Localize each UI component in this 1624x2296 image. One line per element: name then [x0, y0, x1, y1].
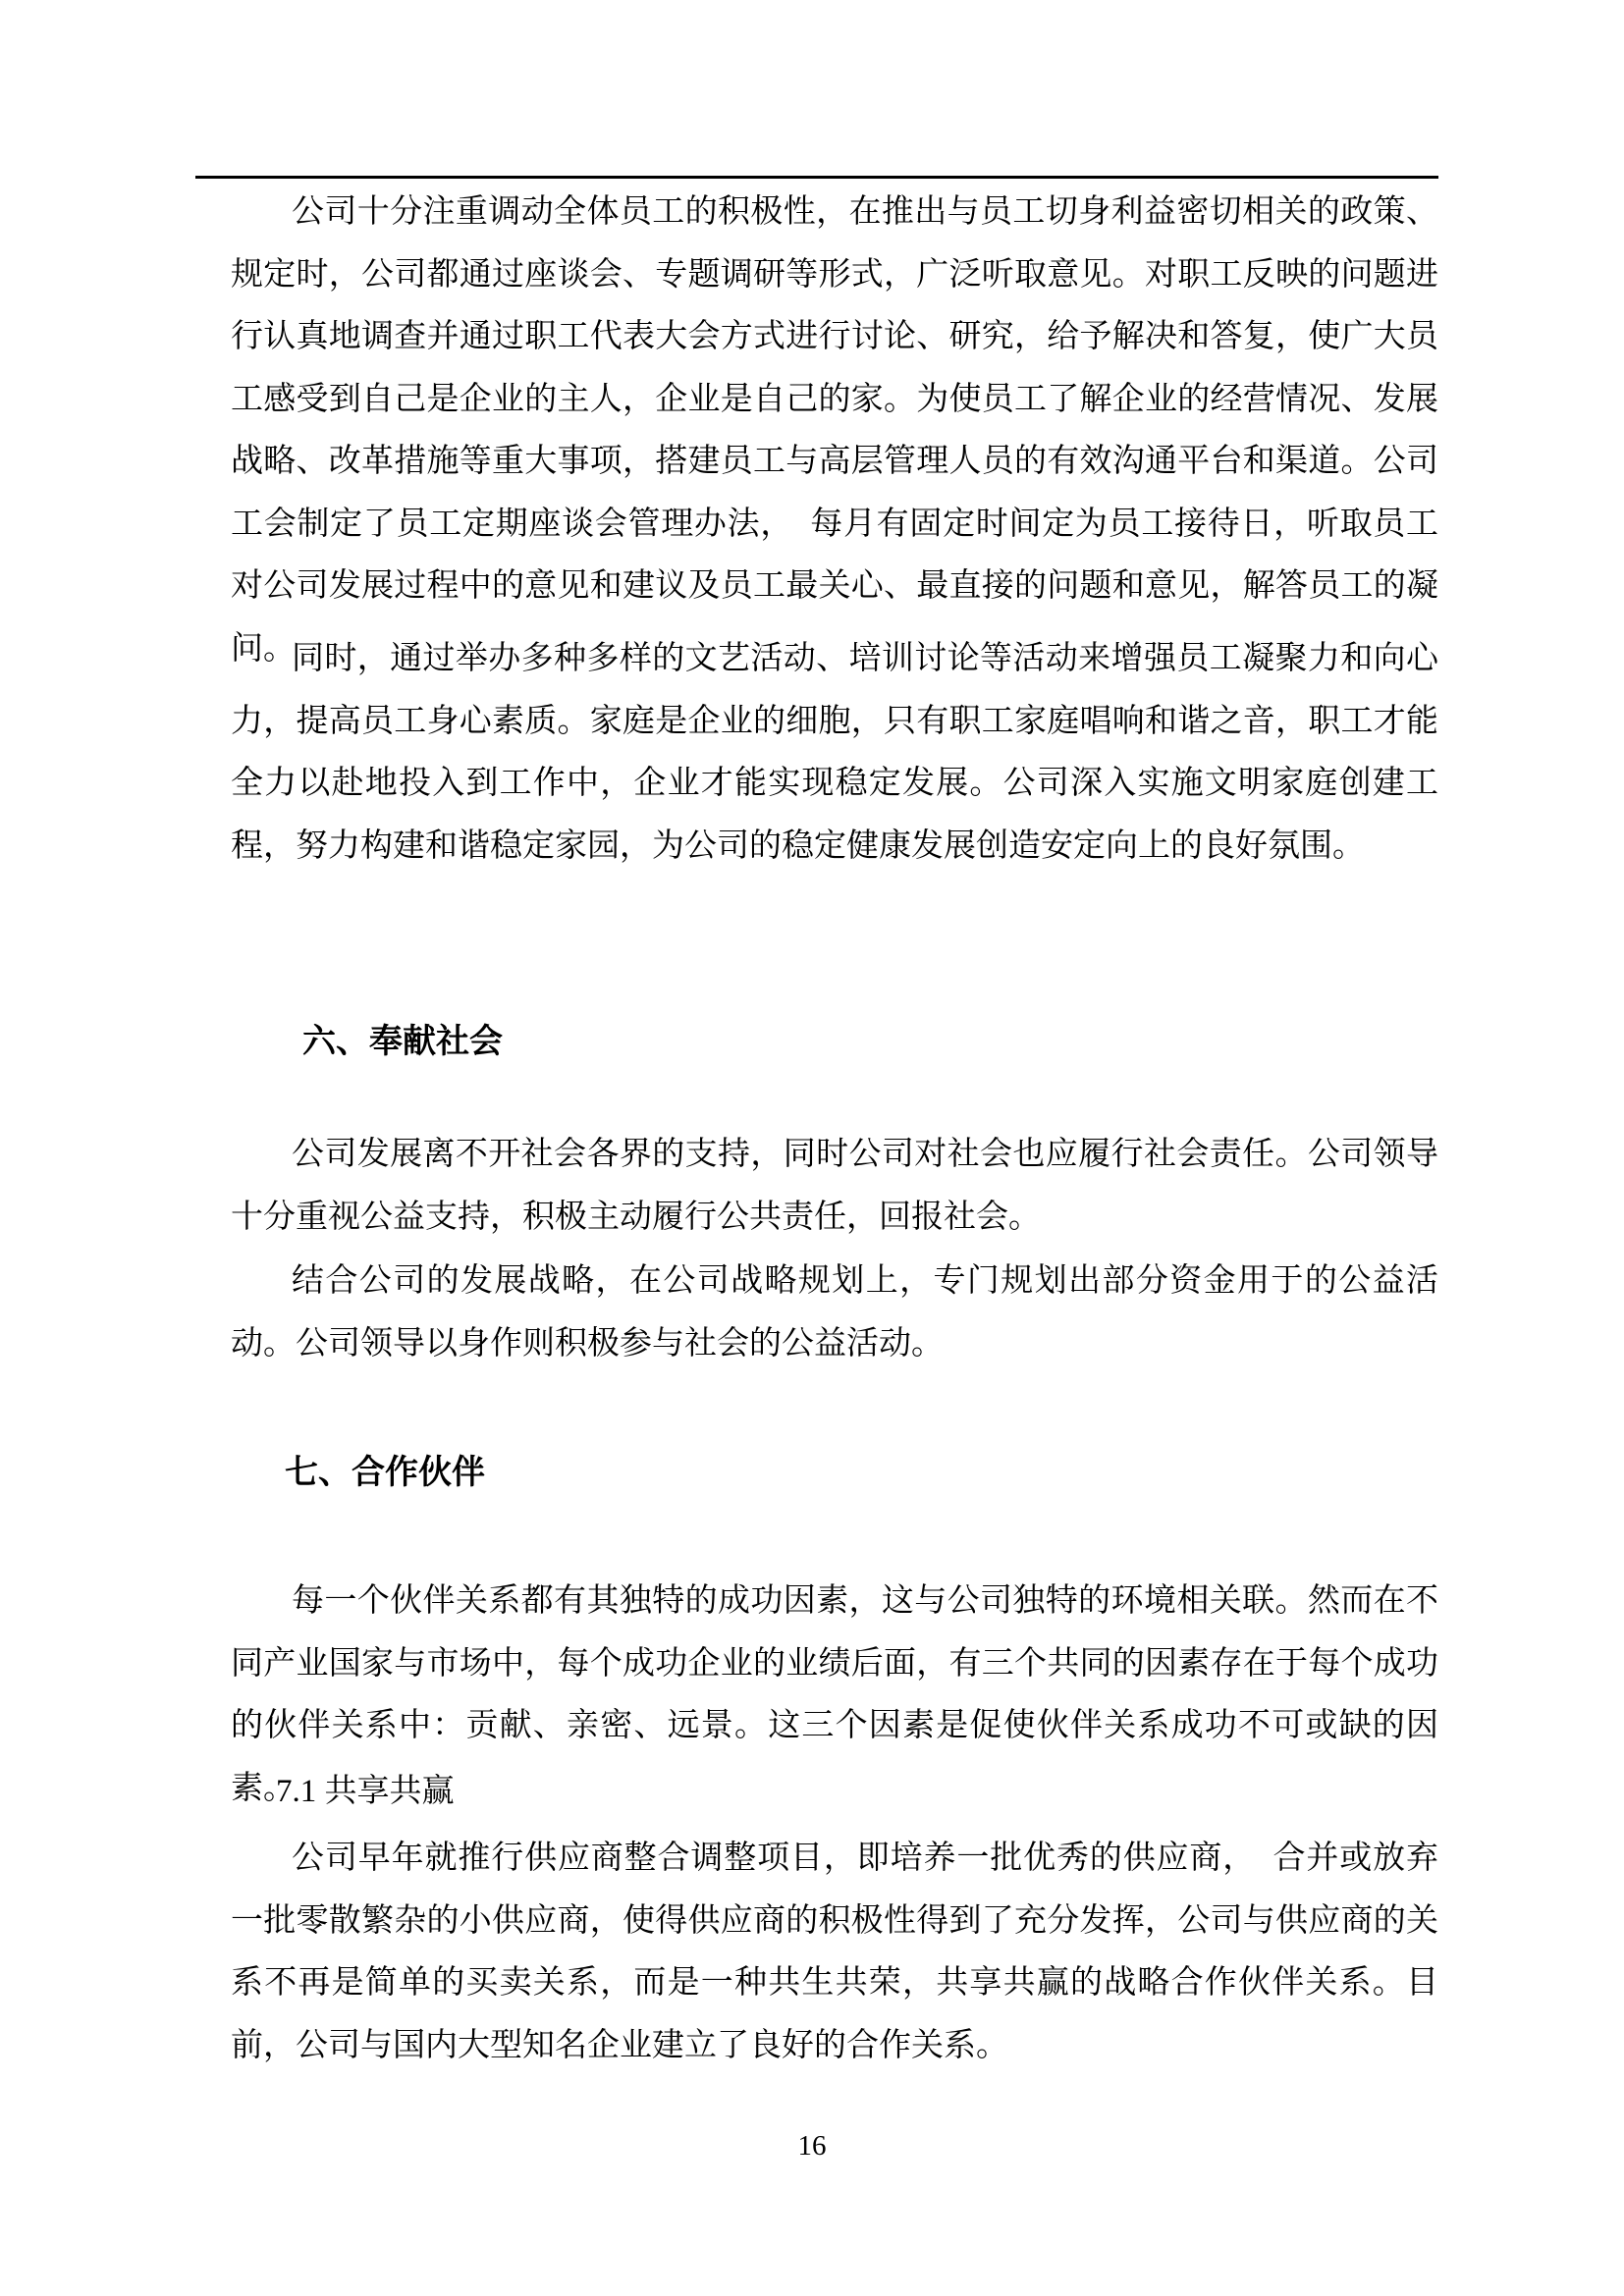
heading-section-7-partners: 七、合作伙伴 — [285, 1451, 485, 1494]
paragraph-employee-engagement: 公司十分注重调动全体员工的积极性，在推出与员工切身利益密切相关的政策、规定时，公… — [231, 182, 1438, 680]
paragraph-society-charity: 结合公司的发展战略，在公司战略规划上，专门规划出部分资金用于的公益活动。公司领导… — [231, 1251, 1438, 1375]
paragraph-suppliers-partnership: 公司早年就推行供应商整合调整项目，即培养一批优秀的供应商， 合并或放弃一批零散繁… — [231, 1828, 1438, 2077]
page-number: 16 — [0, 2131, 1624, 2161]
paragraph-employee-culture: 同时，通过举办多种多样的文艺活动、培训讨论等活动来增强员工凝聚力和向心力，提高员… — [231, 628, 1438, 878]
subheading-7-1-win-win: 7.1 共享共赢 — [231, 1761, 1438, 1824]
heading-section-6-society: 六、奉献社会 — [302, 1020, 503, 1063]
header-rule — [195, 176, 1438, 179]
document-page: 公司十分注重调动全体员工的积极性，在推出与员工切身利益密切相关的政策、规定时，公… — [0, 0, 1624, 2296]
paragraph-society-responsibility: 公司发展离不开社会各界的支持，同时公司对社会也应履行社会责任。公司领导十分重视公… — [231, 1124, 1438, 1249]
